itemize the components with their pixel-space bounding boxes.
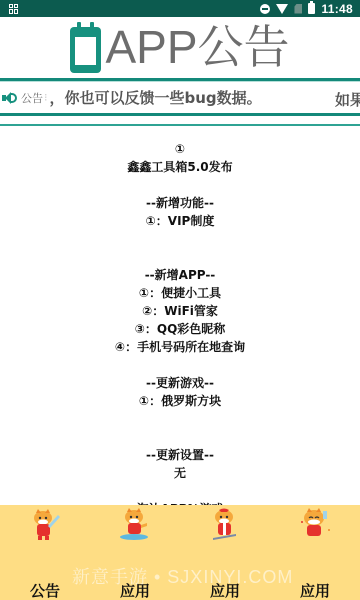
grid-notification-icon [9,4,19,14]
announcement-line: ①：俄罗斯方块 [0,392,360,410]
clipboard-icon [70,22,101,74]
section-heading: --新增功能-- [0,194,360,212]
divider-middle [0,113,360,116]
announcement-line: ①：VIP制度 [0,212,360,230]
marquee-label: 公告 [21,90,43,106]
watermark: 新意手游 • SJXINYI.COM [72,563,293,589]
announcement-line: 无 [0,464,360,482]
announcement-line: ①：便捷小工具 [0,284,360,302]
speaker-icon [2,91,18,105]
tiger-mascot-icon [28,508,62,542]
tiger-mascot-surf-icon [118,508,152,542]
divider-top-light [0,81,360,82]
battery-icon [308,3,315,14]
do-not-disturb-icon [260,4,270,14]
section-heading: --新增APP-- [0,266,360,284]
marquee-next-text: 如果 [335,89,360,110]
announcement-line: ③：QQ彩色昵称 [0,320,360,338]
marquee-separator: ⁝ [44,91,48,104]
tiger-mascot-cheer-icon [298,508,332,542]
divider-bottom [0,124,360,126]
announcement-line: ②：WiFi管家 [0,302,360,320]
section-heading: --更新设置-- [0,446,360,464]
announcement-line: ④：手机号码所在地查询 [0,338,360,356]
announcement-line: ① [0,140,360,158]
app-header: APP公告 [0,17,360,77]
section-heading: --更新游戏-- [0,374,360,392]
page-title: APP公告 [105,24,289,70]
wifi-icon [276,4,288,14]
announcement-content: ① 鑫鑫工具箱5.0发布 --新增功能-- ①：VIP制度 --新增APP-- … [0,140,360,554]
no-sim-icon [294,4,302,14]
status-bar: 11:48 [0,0,360,17]
announcement-marquee[interactable]: 公告 ⁝ ，你也可以反馈一些bug数据。 如果 [0,83,360,112]
status-clock: 11:48 [321,2,353,16]
announcement-title: 鑫鑫工具箱5.0发布 [0,158,360,176]
tiger-mascot-ski-icon [208,508,242,542]
marquee-text: ，你也可以反馈一些bug数据。 [50,87,262,108]
